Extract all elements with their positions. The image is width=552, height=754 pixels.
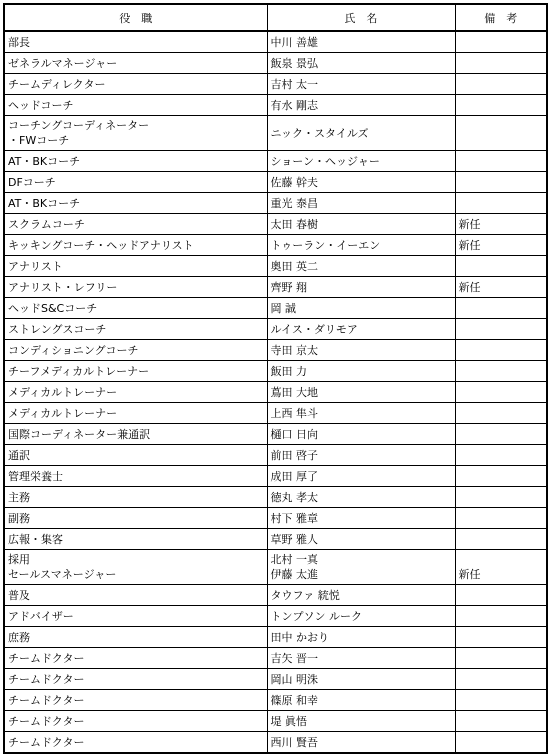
table-row: ストレングスコーチルイス・ダリモア <box>4 319 547 340</box>
column-header-position: 役 職 <box>4 4 267 31</box>
table-row: DFコーチ佐藤 幹夫 <box>4 172 547 193</box>
cell-note: 新任 <box>455 235 547 256</box>
table-row: メディカルトレーナー上西 隼斗 <box>4 403 547 424</box>
table-row: キッキングコーチ・ヘッドアナリストトゥーラン・イーエン新任 <box>4 235 547 256</box>
cell-note <box>455 606 547 627</box>
cell-name: 成田 厚了 <box>267 466 455 487</box>
table-row: チームドクター岡山 明洙 <box>4 669 547 690</box>
table-row: チーフメディカルトレーナー飯田 力 <box>4 361 547 382</box>
header-row: 役 職 氏 名 備 考 <box>4 4 547 31</box>
cell-position: メディカルトレーナー <box>4 382 267 403</box>
cell-note <box>455 529 547 550</box>
cell-name: 重光 泰昌 <box>267 193 455 214</box>
cell-position: チームドクター <box>4 732 267 754</box>
cell-name: 飯泉 景弘 <box>267 53 455 74</box>
cell-position: ストレングスコーチ <box>4 319 267 340</box>
cell-name: トンプソン ルーク <box>267 606 455 627</box>
cell-note <box>455 585 547 606</box>
table-row: 管理栄養士成田 厚了 <box>4 466 547 487</box>
cell-position: チームドクター <box>4 711 267 732</box>
table-row: ヘッドコーチ有水 剛志 <box>4 95 547 116</box>
table-row: コーチングコーディネーター ・FWコーチニック・スタイルズ <box>4 116 547 151</box>
cell-name: ルイス・ダリモア <box>267 319 455 340</box>
cell-name: ショーン・ヘッジャー <box>267 151 455 172</box>
cell-note: 新任 <box>455 277 547 298</box>
cell-name: 田中 かおり <box>267 627 455 648</box>
cell-name: 岡 誠 <box>267 298 455 319</box>
cell-note <box>455 382 547 403</box>
cell-position: 普及 <box>4 585 267 606</box>
table-row: チームドクター堤 眞悟 <box>4 711 547 732</box>
cell-name: 奥田 英二 <box>267 256 455 277</box>
table-row: 採用 セールスマネージャー北村 一真 伊藤 太進 新任 <box>4 550 547 585</box>
cell-name: 岡山 明洙 <box>267 669 455 690</box>
cell-note <box>455 627 547 648</box>
cell-position: アドバイザー <box>4 606 267 627</box>
cell-note <box>455 445 547 466</box>
table-row: アナリスト奥田 英二 <box>4 256 547 277</box>
table-row: チームドクター西川 賢吾 <box>4 732 547 754</box>
cell-name: 齊野 翔 <box>267 277 455 298</box>
cell-note: 新任 <box>455 214 547 235</box>
table-row: 普及タウファ 統悦 <box>4 585 547 606</box>
cell-note <box>455 74 547 95</box>
cell-name: 蔦田 大地 <box>267 382 455 403</box>
cell-position: チームドクター <box>4 648 267 669</box>
cell-note <box>455 669 547 690</box>
cell-position: チームディレクター <box>4 74 267 95</box>
cell-name: 北村 一真 伊藤 太進 <box>267 550 455 585</box>
table-row: コンディショニングコーチ寺田 京太 <box>4 340 547 361</box>
column-header-note: 備 考 <box>455 4 547 31</box>
cell-name: 堤 眞悟 <box>267 711 455 732</box>
table-row: 国際コーディネーター兼通訳樋口 日向 <box>4 424 547 445</box>
table-row: 広報・集客草野 雅人 <box>4 529 547 550</box>
cell-position: コンディショニングコーチ <box>4 340 267 361</box>
cell-note <box>455 116 547 151</box>
cell-position: 管理栄養士 <box>4 466 267 487</box>
cell-note <box>455 298 547 319</box>
cell-name: トゥーラン・イーエン <box>267 235 455 256</box>
staff-table: 役 職 氏 名 備 考 部長中川 善雄ゼネラルマネージャー飯泉 景弘チームディレ… <box>3 3 548 754</box>
cell-position: 広報・集客 <box>4 529 267 550</box>
cell-name: 飯田 力 <box>267 361 455 382</box>
cell-name: 寺田 京太 <box>267 340 455 361</box>
cell-name: 太田 春樹 <box>267 214 455 235</box>
cell-position: チームドクター <box>4 669 267 690</box>
cell-note <box>455 95 547 116</box>
table-row: アドバイザートンプソン ルーク <box>4 606 547 627</box>
cell-position: アナリスト・レフリー <box>4 277 267 298</box>
table-row: チームドクター吉矢 晋一 <box>4 648 547 669</box>
cell-note <box>455 172 547 193</box>
cell-position: ヘッドコーチ <box>4 95 267 116</box>
cell-note <box>455 508 547 529</box>
cell-name: 草野 雅人 <box>267 529 455 550</box>
table-row: AT・BKコーチショーン・ヘッジャー <box>4 151 547 172</box>
cell-position: 庶務 <box>4 627 267 648</box>
cell-note <box>455 361 547 382</box>
cell-note <box>455 31 547 53</box>
cell-name: タウファ 統悦 <box>267 585 455 606</box>
table-row: 主務徳丸 孝太 <box>4 487 547 508</box>
cell-note <box>455 256 547 277</box>
cell-note <box>455 340 547 361</box>
cell-note <box>455 53 547 74</box>
cell-note <box>455 690 547 711</box>
table-row: AT・BKコーチ重光 泰昌 <box>4 193 547 214</box>
cell-name: 有水 剛志 <box>267 95 455 116</box>
cell-position: ヘッドS&Cコーチ <box>4 298 267 319</box>
table-row: 通訳前田 啓子 <box>4 445 547 466</box>
table-row: 庶務田中 かおり <box>4 627 547 648</box>
cell-note <box>455 711 547 732</box>
table-row: ゼネラルマネージャー飯泉 景弘 <box>4 53 547 74</box>
cell-position: 採用 セールスマネージャー <box>4 550 267 585</box>
table-row: アナリスト・レフリー齊野 翔新任 <box>4 277 547 298</box>
table-row: スクラムコーチ太田 春樹新任 <box>4 214 547 235</box>
cell-name: 前田 啓子 <box>267 445 455 466</box>
cell-name: 佐藤 幹夫 <box>267 172 455 193</box>
cell-position: キッキングコーチ・ヘッドアナリスト <box>4 235 267 256</box>
cell-note <box>455 403 547 424</box>
cell-note <box>455 424 547 445</box>
cell-name: 篠原 和幸 <box>267 690 455 711</box>
table-row: 部長中川 善雄 <box>4 31 547 53</box>
cell-position: メディカルトレーナー <box>4 403 267 424</box>
cell-position: DFコーチ <box>4 172 267 193</box>
cell-position: チームドクター <box>4 690 267 711</box>
cell-name: 吉矢 晋一 <box>267 648 455 669</box>
cell-position: ゼネラルマネージャー <box>4 53 267 74</box>
cell-position: 国際コーディネーター兼通訳 <box>4 424 267 445</box>
cell-note: 新任 <box>455 550 547 585</box>
cell-name: 徳丸 孝太 <box>267 487 455 508</box>
cell-position: 通訳 <box>4 445 267 466</box>
table-row: 副務村下 雅章 <box>4 508 547 529</box>
cell-position: コーチングコーディネーター ・FWコーチ <box>4 116 267 151</box>
cell-name: 村下 雅章 <box>267 508 455 529</box>
cell-name: 吉村 太一 <box>267 74 455 95</box>
cell-note <box>455 151 547 172</box>
cell-position: チーフメディカルトレーナー <box>4 361 267 382</box>
cell-note <box>455 319 547 340</box>
cell-position: スクラムコーチ <box>4 214 267 235</box>
cell-name: 中川 善雄 <box>267 31 455 53</box>
cell-position: 副務 <box>4 508 267 529</box>
cell-note <box>455 648 547 669</box>
cell-name: 樋口 日向 <box>267 424 455 445</box>
column-header-name: 氏 名 <box>267 4 455 31</box>
cell-position: 主務 <box>4 487 267 508</box>
cell-position: AT・BKコーチ <box>4 193 267 214</box>
cell-name: ニック・スタイルズ <box>267 116 455 151</box>
cell-note <box>455 487 547 508</box>
cell-position: AT・BKコーチ <box>4 151 267 172</box>
cell-position: 部長 <box>4 31 267 53</box>
cell-position: アナリスト <box>4 256 267 277</box>
cell-name: 上西 隼斗 <box>267 403 455 424</box>
table-row: メディカルトレーナー蔦田 大地 <box>4 382 547 403</box>
table-row: チームドクター篠原 和幸 <box>4 690 547 711</box>
page: 役 職 氏 名 備 考 部長中川 善雄ゼネラルマネージャー飯泉 景弘チームディレ… <box>0 0 552 700</box>
table-row: ヘッドS&Cコーチ岡 誠 <box>4 298 547 319</box>
cell-note <box>455 466 547 487</box>
table-row: チームディレクター吉村 太一 <box>4 74 547 95</box>
table-body: 部長中川 善雄ゼネラルマネージャー飯泉 景弘チームディレクター吉村 太一ヘッドコ… <box>4 31 547 753</box>
cell-name: 西川 賢吾 <box>267 732 455 754</box>
cell-note <box>455 193 547 214</box>
cell-note <box>455 732 547 754</box>
